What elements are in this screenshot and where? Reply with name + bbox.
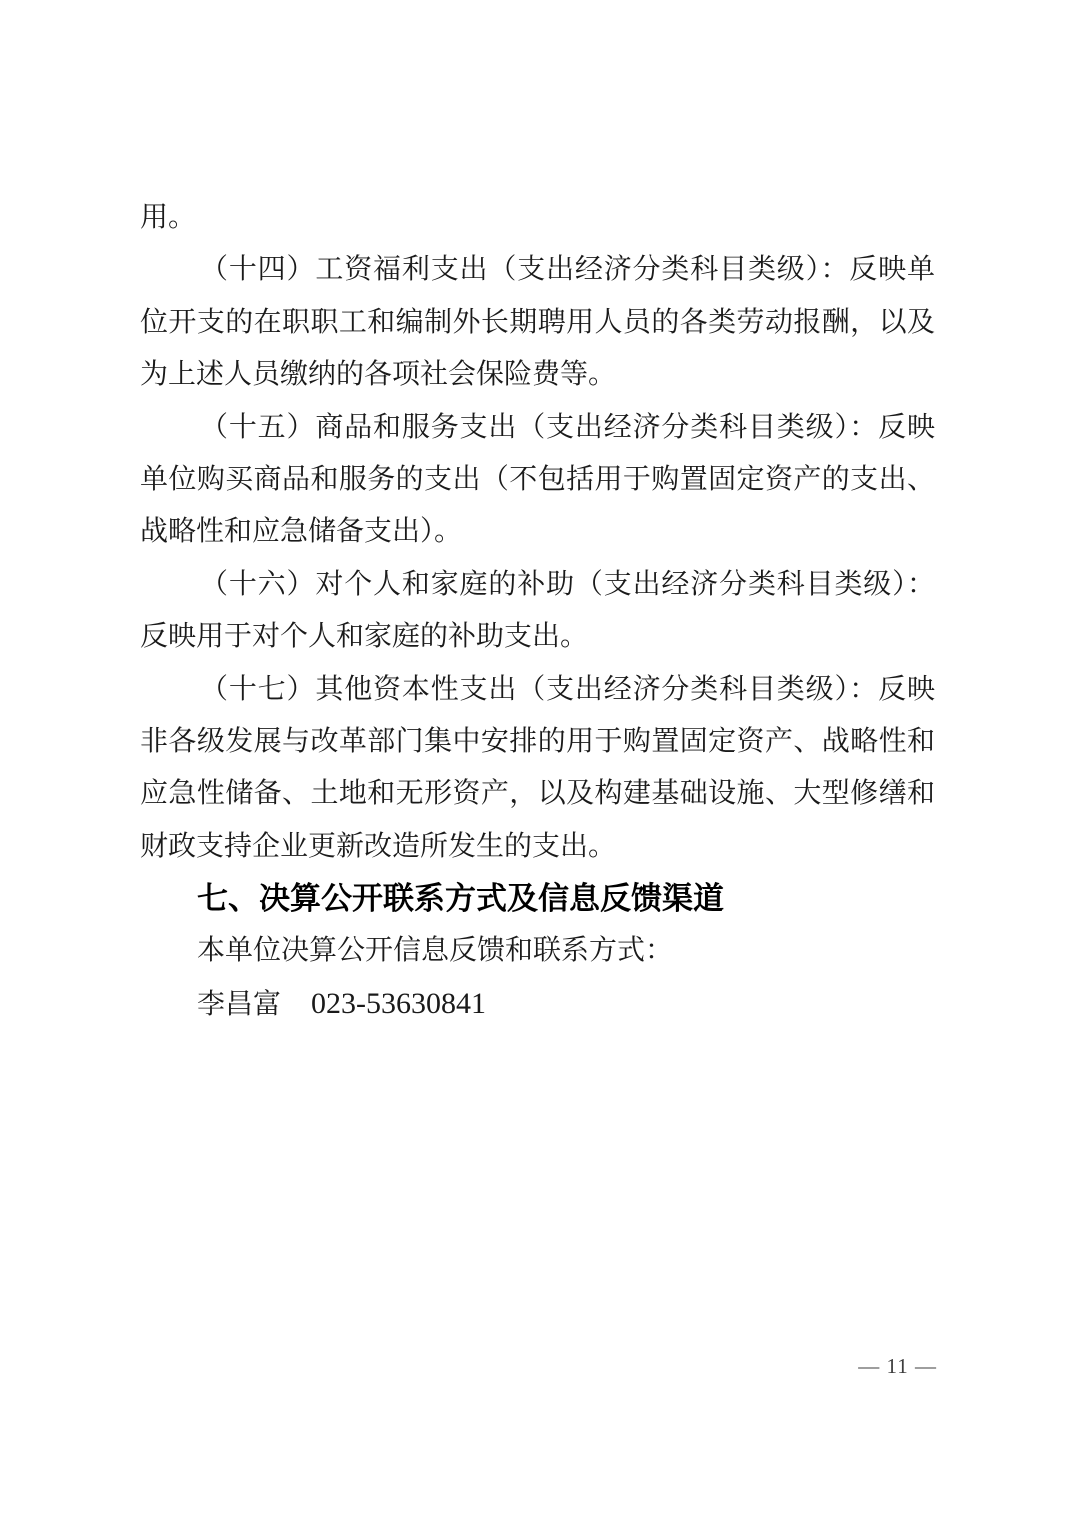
page-number: — 11 — [858,1354,937,1378]
feedback-intro-line: 本单位决算公开信息反馈和联系方式： [140,925,935,977]
item-15-line-2: 单位购买商品和服务的支出（不包括用于购置固定资产的支出、 [140,454,935,506]
item-17-line-2: 非各级发展与改革部门集中安排的用于购置固定资产、战略性和 [140,716,935,768]
contact-phone: 023-53630841 [311,987,486,1020]
item-17-line-1: （十七）其他资本性支出（支出经济分类科目类级）：反映 [140,664,935,716]
page-footer: — 11 — [0,1354,937,1379]
document-body: 用。 （十四）工资福利支出（支出经济分类科目类级）：反映单 位开支的在职职工和编… [140,192,935,1030]
item-14-line-1: （十四）工资福利支出（支出经济分类科目类级）：反映单 [140,244,935,296]
item-16-line-1: （十六）对个人和家庭的补助（支出经济分类科目类级）： [140,559,935,611]
item-17-line-3: 应急性储备、土地和无形资产，以及构建基础设施、大型修缮和 [140,768,935,820]
paragraph-continuation-line: 用。 [140,192,935,244]
item-14-line-3: 为上述人员缴纳的各项社会保险费等。 [140,349,935,401]
document-page: 用。 （十四）工资福利支出（支出经济分类科目类级）：反映单 位开支的在职职工和编… [0,0,1075,1520]
item-15-line-3: 战略性和应急储备支出）。 [140,506,935,558]
contact-name: 李昌富 [197,989,281,1020]
item-16-line-2: 反映用于对个人和家庭的补助支出。 [140,611,935,663]
item-15-line-1: （十五）商品和服务支出（支出经济分类科目类级）：反映 [140,402,935,454]
item-17-line-4: 财政支持企业更新改造所发生的支出。 [140,821,935,873]
section-heading: 七、决算公开联系方式及信息反馈渠道 [140,873,935,925]
contact-line: 李昌富023-53630841 [140,978,935,1030]
item-14-line-2: 位开支的在职职工和编制外长期聘用人员的各类劳动报酬，以及 [140,297,935,349]
